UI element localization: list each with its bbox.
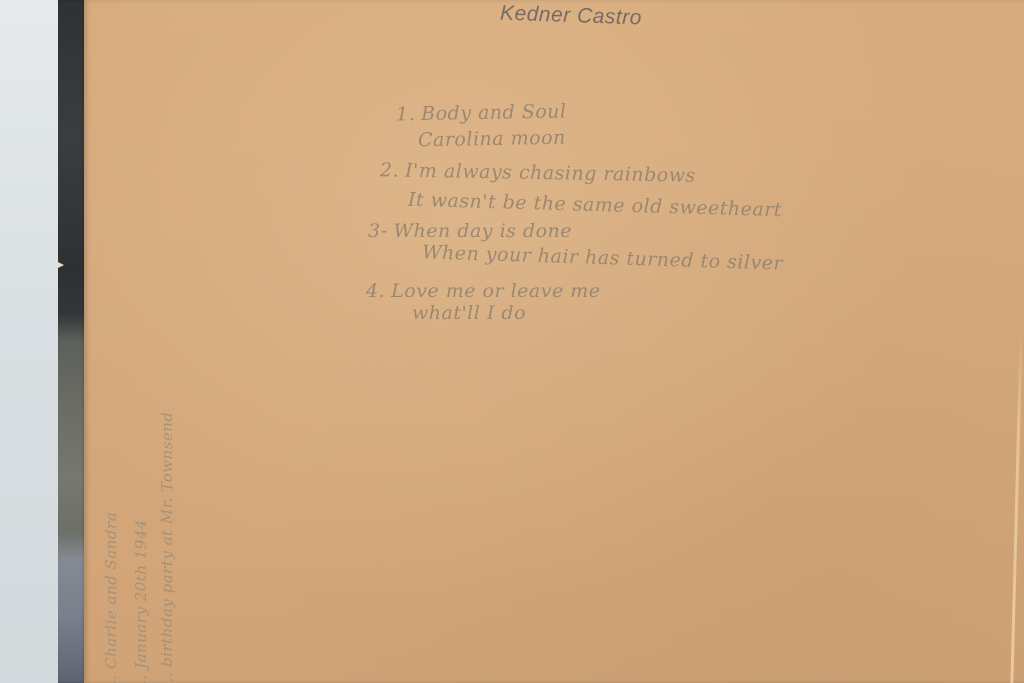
margin-note-3: ... birthday party at Mr. Townsend (158, 412, 176, 683)
paper-fold-edge (1010, 330, 1022, 683)
margin-note-2: ... January 20th 1944 (132, 519, 150, 683)
song-subtitle-4: what'll I do (412, 302, 526, 324)
background-surface (0, 0, 64, 683)
song-item-3: 3-When day is done (368, 220, 572, 242)
song-title: Love me or leave me (391, 280, 600, 302)
song-number: 2. (380, 159, 400, 181)
song-item-1: 1.Body and Soul (396, 101, 567, 126)
photo-scene: Kedner Castro 1.Body and Soul Carolina m… (0, 0, 1024, 683)
song-number: 4. (366, 280, 385, 302)
song-title: When day is done (394, 220, 573, 242)
song-item-4: 4.Love me or leave me (366, 280, 601, 302)
song-number: 1. (396, 103, 416, 125)
song-title: Body and Soul (421, 101, 567, 126)
song-subtitle-1: Carolina moon (418, 127, 566, 152)
album-mount-edge (58, 0, 86, 683)
margin-note-1: ... Charlie and Sandra (102, 512, 120, 683)
song-number: 3- (368, 220, 388, 242)
page-title: Kedner Castro (500, 2, 643, 31)
